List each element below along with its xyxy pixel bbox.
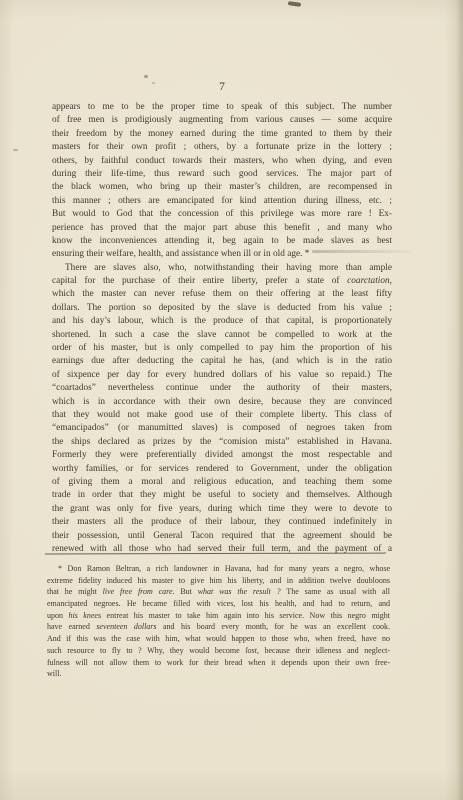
text-line: capital for the purchase of their entire…	[52, 275, 392, 288]
paragraph-1: appears to me to be the proper time to s…	[52, 101, 392, 262]
text-line: perience has proved that the major part …	[52, 222, 392, 235]
scanned-book-page: 7 appears to me to be the proper time to…	[0, 0, 463, 800]
footnote-block: * Don Ramon Beltran, a rich landowner in…	[47, 563, 390, 680]
page-number: 7	[52, 81, 392, 94]
text-line: dollars. The portion so deposited by the…	[52, 302, 392, 315]
text-line: worthy families, or for services rendere…	[52, 463, 392, 476]
text-line: upon his knees entreat his master to tak…	[47, 610, 390, 622]
text-line: which the master can never refuse them o…	[52, 288, 392, 301]
text-line: that they would not make good use of the…	[52, 409, 392, 422]
text-line: have earned seventeen dollars and his bo…	[47, 621, 390, 633]
text-line: appears to me to be the proper time to s…	[52, 101, 392, 114]
text-line: “coartados” nevertheless continue under …	[52, 382, 392, 395]
text-line: the ships declared as prizes by the “com…	[52, 436, 392, 449]
text-line: masters for their own profit ; others, b…	[52, 141, 392, 154]
main-text-block: appears to me to be the proper time to s…	[52, 101, 392, 556]
text-line: fulness will not allow them to work for …	[47, 657, 390, 669]
text-line: shortened. In such a case the slave cann…	[52, 329, 392, 342]
text-line: the grant was only for five years, durin…	[52, 503, 392, 516]
ink-speck	[288, 1, 301, 7]
text-line: trade in order that they might be useful…	[52, 489, 392, 502]
text-line: which is in accordance with their own de…	[52, 396, 392, 409]
text-line: of free men is prodigiously augmenting f…	[52, 114, 392, 127]
text-line: Formerly they were preferentially divide…	[52, 449, 392, 462]
ink-speck	[13, 149, 18, 151]
text-line: their possession, until General Tacon re…	[52, 530, 392, 543]
text-line: earnings due after deducting the capital…	[52, 355, 392, 368]
text-line: And if this was the case with him, what …	[47, 633, 390, 645]
text-line: during their life-time, thus reward such…	[52, 168, 392, 181]
text-line: * Don Ramon Beltran, a rich landowner in…	[47, 563, 390, 575]
text-line: ensuring their welfare, health, and assi…	[52, 248, 392, 261]
text-line: such resource to fly to ? Why, they woul…	[47, 645, 390, 657]
text-line: will.	[47, 668, 390, 680]
text-line: the black women, who bring up their mast…	[52, 181, 392, 194]
text-line: others, by faithful conduct towards thei…	[52, 155, 392, 168]
page-edge-shadow	[456, 0, 463, 800]
text-line: But would to God that the concession of …	[52, 208, 392, 221]
text-line: that he might live free from care. But w…	[47, 586, 390, 598]
ink-speck	[144, 75, 148, 78]
text-line: extreme fidelity induced his master to g…	[47, 575, 390, 587]
text-line: their masters all the produce of their l…	[52, 516, 392, 529]
text-line: “emancipados” (or manumitted slaves) is …	[52, 422, 392, 435]
text-line: emancipated negroes. He became filled wi…	[47, 598, 390, 610]
text-line: There are slaves also, who, notwithstand…	[52, 262, 392, 275]
text-line: know the inconveniences attending it, be…	[52, 235, 392, 248]
text-line: and his day’s labour, which is the produ…	[52, 315, 392, 328]
text-line: this manner ; others are emancipated for…	[52, 195, 392, 208]
text-line: their freedom by the money earned during…	[52, 128, 392, 141]
text-line: order of his master, but is only compell…	[52, 342, 392, 355]
text-line: of giving them a moral and religious edu…	[52, 476, 392, 489]
paragraph-2: There are slaves also, who, notwithstand…	[52, 262, 392, 557]
text-line: of sixpence per day for every hundred do…	[52, 369, 392, 382]
